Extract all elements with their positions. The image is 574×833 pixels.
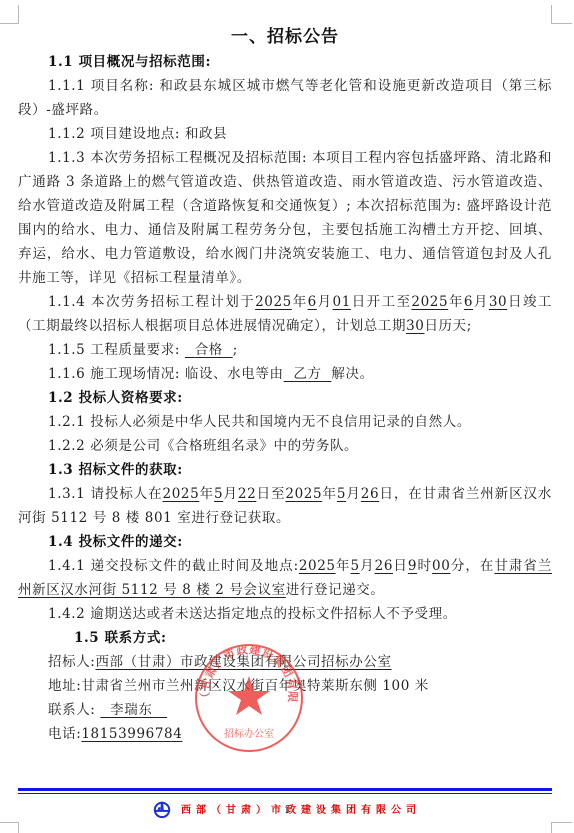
end-month: 6 [464, 294, 473, 310]
document-title: 一、招标公告 [18, 24, 552, 50]
address-value: 甘肃省兰州市兰州新区汉水街百年奥特莱斯东侧 100 米 [81, 678, 429, 694]
page-corner-mark-bottom-right [551, 822, 572, 833]
phone-label: 电话: [48, 726, 81, 742]
responsible-party-value: 乙方 [293, 366, 321, 382]
tenderer-line: 招标人:西部（甘肃）市政建设集团有限公司招标办公室 [18, 650, 552, 674]
text: ; [233, 342, 238, 358]
phone-line: 电话:18153996784 [18, 722, 552, 746]
deadline-hour: 9 [408, 558, 417, 574]
start-day: 01 [333, 294, 351, 310]
text: 月 [223, 486, 238, 502]
section-heading-1-1: 1.1 项目概况与招标范围: [18, 50, 552, 74]
get-end-day: 26 [361, 486, 379, 502]
text: 年 [448, 294, 464, 310]
item-1-4-1: 1.4.1 递交投标文件的截止时间及地点:2025年5月26日9时00分，在甘肃… [18, 554, 552, 602]
footer-rule-thin [18, 793, 552, 794]
text: 1.3.1 请投标人在 [48, 486, 163, 502]
item-1-2-2: 1.2.2 必须是公司《合格班组名录》中的劳务队。 [18, 434, 552, 458]
text: 月 [317, 294, 333, 310]
page-corner-mark-bottom-left [0, 822, 19, 833]
text: 年 [336, 558, 351, 574]
quality-value: 合格 [195, 342, 223, 358]
item-1-1-5: 1.1.5 工程质量要求: 合格 ; [18, 338, 552, 362]
text: 日开工至 [351, 294, 411, 310]
text: 解决。 [331, 366, 373, 382]
address-line: 地址:甘肃省兰州市兰州新区汉水街百年奥特莱斯东侧 100 米 [18, 674, 552, 698]
footer-rule-thick [18, 788, 552, 791]
text: 月 [346, 486, 361, 502]
contact-person: 李瑞东 [100, 702, 167, 718]
deadline-day: 26 [375, 558, 393, 574]
text: 1.1.4 本次劳务招标工程计划于 [48, 294, 255, 310]
page-number: 1 [284, 806, 290, 816]
text: 月 [473, 294, 489, 310]
end-year: 2025 [411, 294, 448, 310]
item-1-2-1: 1.2.1 投标人必须是中华人民共和国境内无不良信用记录的自然人。 [18, 410, 552, 434]
text: 年 [292, 294, 308, 310]
item-1-1-4: 1.1.4 本次劳务招标工程计划于2025年6月01日开工至2025年6月30日… [18, 290, 552, 338]
text: 年 [199, 486, 214, 502]
section-heading-1-5: 1.5 联系方式: [18, 626, 552, 650]
get-end-month: 5 [337, 486, 346, 502]
responsible-party: 乙方 [284, 366, 332, 382]
deadline-month: 5 [351, 558, 360, 574]
phone-value: 18153996784 [81, 726, 182, 742]
get-start-year: 2025 [163, 486, 200, 502]
contact-line: 联系人: 李瑞东 [18, 698, 552, 722]
text: 日 [393, 558, 408, 574]
section-heading-1-3: 1.3 招标文件的获取: [18, 458, 552, 482]
contact-label: 联系人: [48, 702, 95, 718]
start-month: 6 [308, 294, 317, 310]
footer-company-name: 西部（甘肃）市政建设集团有限公司 [181, 801, 421, 816]
text: 1.1.5 工程质量要求: [48, 342, 180, 358]
start-year: 2025 [255, 294, 292, 310]
text: 分，在 [450, 558, 494, 574]
page-corner-mark-top-right [551, 5, 572, 24]
item-1-1-2: 1.1.2 项目建设地点: 和政县 [18, 122, 552, 146]
text: 1.4.1 递交投标文件的截止时间及地点: [48, 558, 299, 574]
company-logo-icon [153, 800, 171, 818]
text: 日历天; [424, 318, 471, 334]
contact-value: 李瑞东 [110, 702, 152, 718]
text: 1.1.6 施工现场情况: 临设、水电等由 [48, 366, 284, 382]
text: 进行登记递交。 [286, 582, 385, 598]
item-1-1-3: 1.1.3 本次劳务招标工程概况及招标范围: 本项目工程内容包括盛坪路、清北路和… [18, 146, 552, 290]
get-end-year: 2025 [285, 486, 322, 502]
text: 日至 [256, 486, 285, 502]
tenderer-value: 西部（甘肃）市政建设集团有限公司招标办公室 [95, 654, 391, 670]
item-1-3-1: 1.3.1 请投标人在2025年5月22日至2025年5月26日，在甘肃省兰州新… [18, 482, 552, 530]
item-1-1-6: 1.1.6 施工现场情况: 临设、水电等由 乙方 解决。 [18, 362, 552, 386]
duration-days: 30 [406, 318, 424, 334]
text: 时 [417, 558, 432, 574]
text: 年 [322, 486, 337, 502]
item-1-1-1: 1.1.1 项目名称: 和政县东城区城市燃气等老化管和设施更新改造项目（第三标段… [18, 74, 552, 122]
section-heading-1-2: 1.2 投标人资格要求: [18, 386, 552, 410]
page-corner-mark-top-left [0, 5, 19, 24]
document-page: 一、招标公告 1.1 项目概况与招标范围: 1.1.1 项目名称: 和政县东城区… [18, 24, 552, 746]
tenderer-label: 招标人: [48, 654, 95, 670]
end-day: 30 [489, 294, 507, 310]
text: 月 [360, 558, 375, 574]
deadline-year: 2025 [299, 558, 336, 574]
deadline-minute: 00 [432, 558, 450, 574]
address-label: 地址: [48, 678, 81, 694]
get-start-day: 22 [238, 486, 256, 502]
section-heading-1-4: 1.4 投标文件的递交: [18, 530, 552, 554]
item-1-4-2: 1.4.2 逾期送达或者未送达指定地点的投标文件招标人不予受理。 [18, 602, 552, 626]
get-start-month: 5 [214, 486, 223, 502]
quality-requirement: 合格 [185, 342, 233, 358]
